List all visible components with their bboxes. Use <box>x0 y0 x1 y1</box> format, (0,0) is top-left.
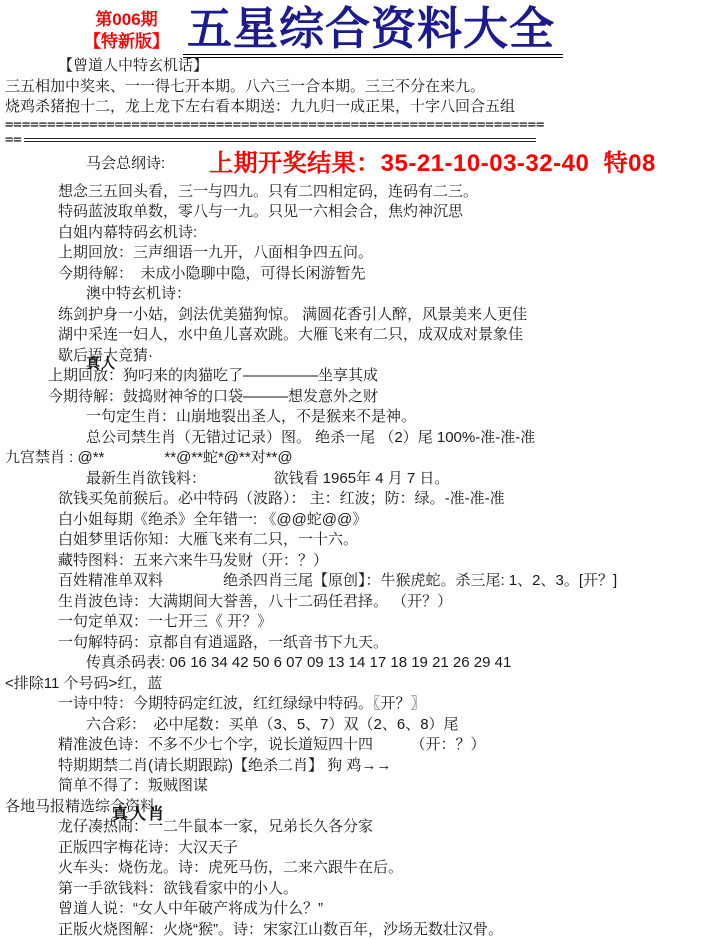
result-row: 马会总纲诗:上期开奖结果：35-21-10-03-32-40 特08 <box>0 148 702 182</box>
separator-row: == <box>0 133 702 148</box>
text-line: 一句解特码：京都自有逍遥路，一纸音书下九天。 <box>0 633 702 654</box>
text-line: 最新生肖欲钱料： 欲钱看 1965年 4 月 7 日。 <box>0 469 702 490</box>
separator-line <box>24 138 536 142</box>
text-line: 龙仔凑热闹：一二牛鼠本一家，兄弟长久各分家 <box>0 817 702 838</box>
text-line: 湖中采连一妇人，水中鱼儿喜欢跳。大雁飞来有二只，成双成对景象佳 <box>0 325 702 346</box>
text-line: 上期回放：三声细语一九开，八面相争四五问。 <box>0 243 702 264</box>
lottery-info-sheet: 第006期 【特新版】 五星综合资料大全 【曾道人中特玄机话】三五相加中奖来、一… <box>0 0 702 939</box>
last-draw-result: 上期开奖结果：35-21-10-03-32-40 特08 <box>209 154 656 175</box>
edition-tag: 【特新版】 <box>84 31 169 53</box>
text-line: 正版火烧图解：火烧“猴”。诗：宋家江山数百年，沙场无数壮汉骨。 <box>0 920 702 939</box>
text-line: 生肖波色诗：大满期间大誉善，八十二码任君择。 （开？） <box>0 592 702 613</box>
text-line: 欲钱买兔前猴后。必中特码（波路）： 主：红波；防：绿。-准-准-准 <box>0 489 702 510</box>
issue-number: 第006期 <box>84 9 169 31</box>
text-line: 一句定单双：一七开三《 开？》 <box>0 612 702 633</box>
text-line: 一句定生肖：山崩地裂出圣人，不是猴来不是神。 <box>0 407 702 428</box>
issue-block: 第006期 【特新版】 <box>84 6 169 53</box>
text-line: 今期待解： 未成小隐聊中隐，可得长闲游暂先 <box>0 264 702 285</box>
page-title: 五星综合资料大全 <box>183 6 563 58</box>
text-line: 一诗中特：今期特码定红波，红红绿绿中特码。〖开？〗 <box>0 694 702 715</box>
text-line: 特期期禁二肖(请长期跟踪)【绝杀二肖】 狗 鸡→→ <box>0 756 702 777</box>
text-line: 想念三五回头看，三一与四九。只有二四相定码，连码有二三。 <box>0 182 702 203</box>
text-line: 简单不得了：叛贼图谋 <box>0 776 702 797</box>
content-lines: 【曾道人中特玄机话】三五相加中奖来、一一得七开本期。八六三一合本期。三三不分在来… <box>0 56 702 939</box>
text-line: 各地马报精选综合资料 <box>0 797 702 818</box>
text-line: 【曾道人中特玄机话】 <box>0 56 702 77</box>
text-line: 六合彩： 必中尾数：买单（3、5、7）双（2、6、8）尾 <box>0 715 702 736</box>
text-line: 特码蓝波取单数，零八与一九。只见一六相会合，焦灼神沉思 <box>0 202 702 223</box>
text-line: 曾道人说：“女人中年破产将成为什么？” <box>0 899 702 920</box>
text-line: 烧鸡杀猪抱十二，龙上龙下左右看本期送：九九归一成正果，十字八回合五组 <box>0 97 702 118</box>
text-line: 白姐内幕特码玄机诗: <box>0 223 702 244</box>
separator-row: ========================================… <box>0 118 702 133</box>
separator-prefix: == <box>5 133 22 148</box>
text-line: 百姓精准单双料 绝杀四肖三尾【原创】：牛猴虎蛇。杀三尾: 1、2、3。[开？] <box>0 571 702 592</box>
watermark-text: 真人 <box>86 353 116 373</box>
text-line: 第一手欲钱料：欲钱看家中的小人。 <box>0 879 702 900</box>
watermark-text: 真人肖 <box>112 801 166 824</box>
text-line: 练剑护身一小姑，剑法优美猫狗惊。 满圆花香引人醉，风景美来人更佳 <box>0 305 702 326</box>
text-line: 藏特图料：五来六来牛马发财（开：？） <box>0 551 702 572</box>
text-line: 总公司禁生肖（无错过记录）图。 绝杀一尾 （2）尾 100%-准-准-准 <box>0 428 702 449</box>
text-line: 今期待解：鼓捣财神爷的口袋———想发意外之财 <box>0 387 702 408</box>
text-line: 九宫禁肖 : @** **@**蛇*@**对**@ <box>0 448 702 469</box>
page-header: 第006期 【特新版】 五星综合资料大全 <box>0 0 702 56</box>
text-line: 三五相加中奖来、一一得七开本期。八六三一合本期。三三不分在来九。 <box>0 77 702 98</box>
text-line: 精准波色诗：不多不少七个字，说长道短四十四 （开：？） <box>0 735 702 756</box>
poem-label: 马会总纲诗: <box>86 154 165 175</box>
text-line: 传真杀码表: 06 16 34 42 50 6 07 09 13 14 17 1… <box>0 653 702 674</box>
text-line: 白姐梦里话你知：大雁飞来有二只，一十六。 <box>0 530 702 551</box>
text-line: <排除11 个号码>红，蓝 <box>0 674 702 695</box>
text-line: 白小姐每期《绝杀》全年错一: 《@@蛇@@》 <box>0 510 702 531</box>
text-line: 澳中特玄机诗： <box>0 284 702 305</box>
text-line: 火车头：烧伤龙。诗：虎死马伤，二来六跟牛在后。 <box>0 858 702 879</box>
text-line: 正版四字梅花诗：大汉天子 <box>0 838 702 859</box>
